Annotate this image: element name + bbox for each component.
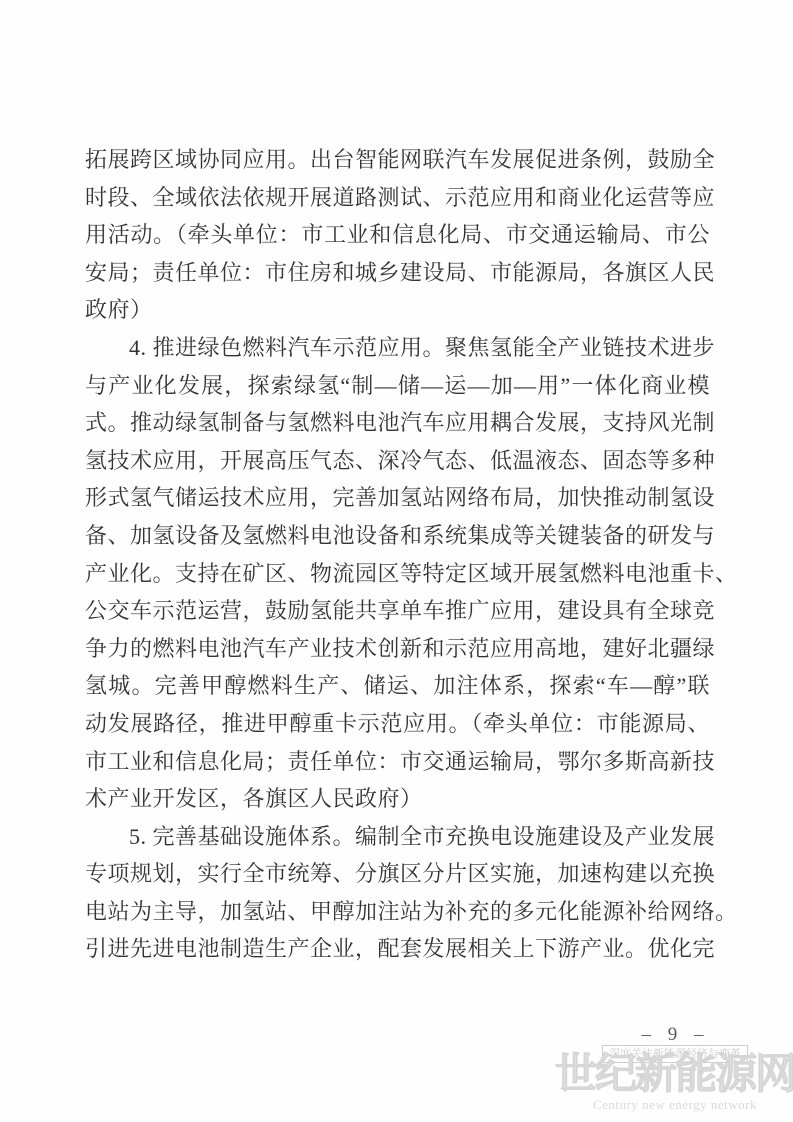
- footer-slogan-badge: 深度关注新能源经济与变革: [602, 1045, 748, 1063]
- document-line: 用活动。（牵头单位：市工业和信息化局、市交通运输局、市公: [85, 216, 710, 254]
- document-line: 时段、全域依法依规开展道路测试、示范应用和商业化运营等应: [85, 179, 710, 217]
- page-number: – 9 –: [603, 1024, 748, 1046]
- document-line: 安局；责任单位：市住房和城乡建设局、市能源局，各旗区人民: [85, 254, 710, 292]
- document-line: 争力的燃料电池汽车产业技术创新和示范应用高地，建好北疆绿: [85, 630, 710, 668]
- watermark-en-text: Century new energy network: [553, 1097, 793, 1113]
- document-line: 5. 完善基础设施体系。编制全市充换电设施建设及产业发展: [85, 818, 710, 856]
- document-line: 政府）: [85, 291, 710, 329]
- document-line: 专项规划，实行全市统筹、分旗区分片区实施，加速构建以充换: [85, 855, 710, 893]
- document-page: 拓展跨区域协同应用。出台智能网联汽车发展促进条例，鼓励全 时段、全域依法依规开展…: [0, 0, 793, 1122]
- document-line: 拓展跨区域协同应用。出台智能网联汽车发展促进条例，鼓励全: [85, 141, 710, 179]
- document-line: 氢技术应用，开展高压气态、深冷气态、低温液态、固态等多种: [85, 442, 710, 480]
- document-line: 氢城。完善甲醇燃料生产、储运、加注体系，探索“车—醇”联: [85, 667, 710, 705]
- paragraph: 拓展跨区域协同应用。出台智能网联汽车发展促进条例，鼓励全 时段、全域依法依规开展…: [85, 141, 710, 329]
- paragraph: 5. 完善基础设施体系。编制全市充换电设施建设及产业发展 专项规划，实行全市统筹…: [85, 818, 710, 968]
- document-line: 市工业和信息化局；责任单位：市交通运输局，鄂尔多斯高新技: [85, 743, 710, 781]
- document-line: 备、加氢设备及氢燃料电池设备和系统集成等关键装备的研发与: [85, 517, 710, 555]
- document-line: 引进先进电池制造生产企业，配套发展相关上下游产业。优化完: [85, 930, 710, 968]
- document-line: 公交车示范运营，鼓励氢能共享单车推广应用，建设具有全球竞: [85, 592, 710, 630]
- document-line: 形式氢气储运技术应用，完善加氢站网络布局，加快推动制氢设: [85, 479, 710, 517]
- document-line: 4. 推进绿色燃料汽车示范应用。聚焦氢能全产业链技术进步: [85, 329, 710, 367]
- document-line: 动发展路径，推进甲醇重卡示范应用。（牵头单位：市能源局、: [85, 705, 710, 743]
- document-line: 产业化。支持在矿区、物流园区等特定区域开展氢燃料电池重卡、: [85, 555, 710, 593]
- document-line: 术产业开发区，各旗区人民政府）: [85, 780, 710, 818]
- document-body: 拓展跨区域协同应用。出台智能网联汽车发展促进条例，鼓励全 时段、全域依法依规开展…: [85, 141, 710, 968]
- document-line: 电站为主导，加氢站、甲醇加注站为补充的多元化能源补给网络。: [85, 893, 710, 931]
- paragraph: 4. 推进绿色燃料汽车示范应用。聚焦氢能全产业链技术进步 与产业化发展，探索绿氢…: [85, 329, 710, 818]
- document-line: 与产业化发展，探索绿氢“制—储—运—加—用”一体化商业模: [85, 367, 710, 405]
- document-line: 式。推动绿氢制备与氢燃料电池汽车应用耦合发展，支持风光制: [85, 404, 710, 442]
